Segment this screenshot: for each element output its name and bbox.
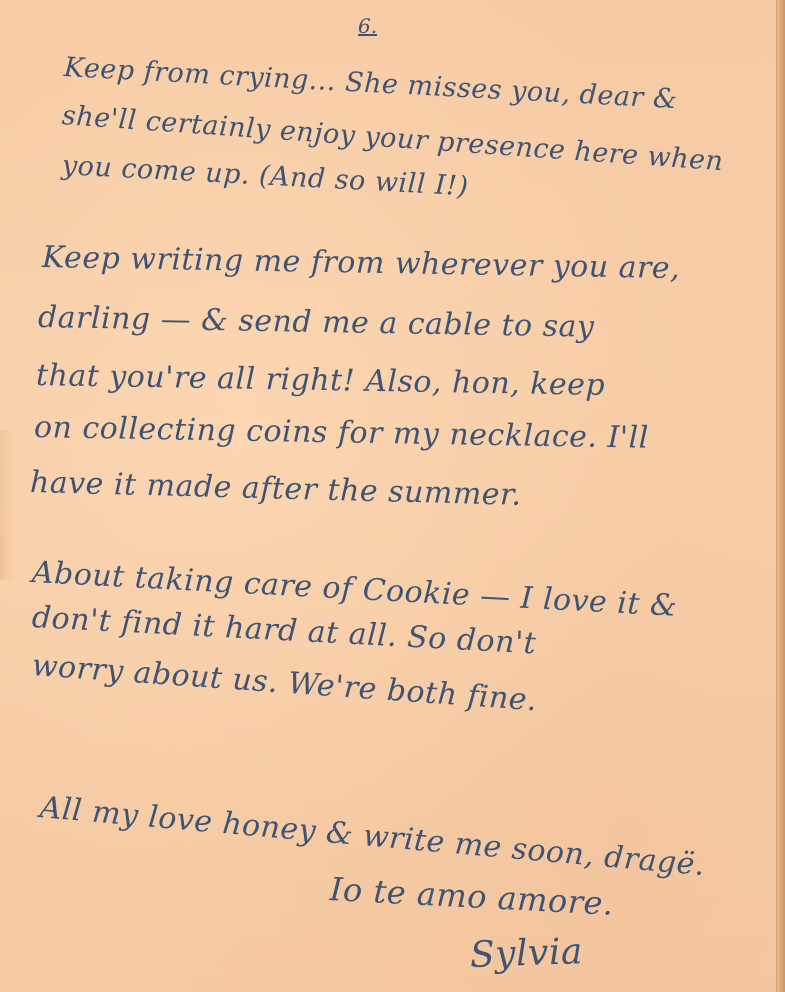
closing-line: All my love honey & write me soon, dragë… (38, 790, 706, 883)
signature: Sylvia (469, 931, 583, 976)
page-number: 6. (358, 14, 377, 38)
closing-line: Io te amo amore. (329, 870, 615, 923)
letter-line: on collecting coins for my necklace. I'l… (34, 410, 649, 456)
letter-line: Keep writing me from wherever you are, (42, 240, 681, 286)
letter-line: have it made after the summer. (30, 465, 522, 513)
letter-line: you come up. (And so will I!) (61, 150, 469, 202)
letter-line: darling — & send me a cable to say (38, 300, 595, 345)
paper-fold-shadow (0, 430, 14, 580)
letter-page: 6. Keep from crying... She misses you, d… (0, 0, 785, 992)
letter-line: that you're all right! Also, hon, keep (36, 358, 606, 403)
letter-line: worry about us. We're both fine. (31, 648, 538, 718)
paper-edge (776, 0, 785, 992)
